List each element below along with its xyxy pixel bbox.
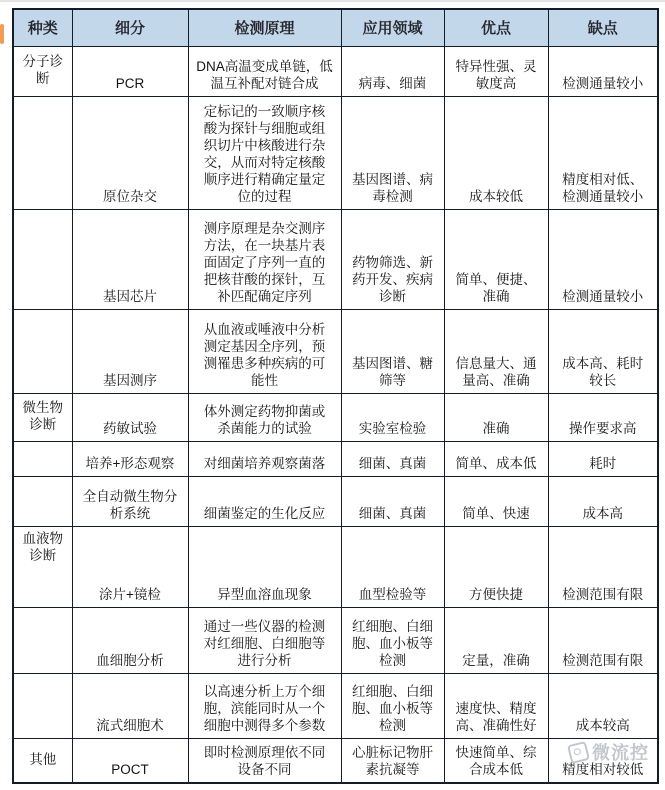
table-row: 血细胞分析 通过一些仪器的检测 对红细胞、白细胞等 进行分析 红细胞、白细 胞、…	[13, 607, 658, 673]
cell-application: 基因图谱、糖 筛等	[341, 309, 444, 393]
table-row: 其他 POCT 即时检测原理依不同 设备不同 心脏标记物肝 素抗凝等 快速简单、…	[13, 738, 658, 783]
table-row: 基因测序 从血液或唾液中分析 测定基因全序列，预 测罹患多种疾病的可 能性 基因…	[13, 309, 658, 393]
cell-principle: 细菌鉴定的生化反应	[188, 476, 341, 526]
cell-disadvantages: 检测范围有限	[548, 526, 658, 607]
cell-principle: 即时检测原理依不同 设备不同	[188, 738, 341, 783]
diagnostics-comparison-table: 种类 细分 检测原理 应用领域 优点 缺点 分子诊 断 PCR DNA高温变成单…	[12, 8, 659, 784]
cell-category: 分子诊 断	[13, 46, 72, 96]
cell-subdivision: 原位杂交	[72, 96, 188, 209]
header-disadvantages: 缺点	[548, 9, 658, 46]
cell-application: 心脏标记物肝 素抗凝等	[341, 738, 444, 783]
cell-category	[13, 309, 72, 393]
table-row: 全自动微生物分 析系统 细菌鉴定的生化反应 细菌、真菌 简单、快速 成本高	[13, 476, 658, 526]
cell-subdivision: 血细胞分析	[72, 607, 188, 673]
cell-principle: 定标记的一致顺序核 酸为探针与细胞或组 织切片中核酸进行杂 交，从而对特定核酸 …	[188, 96, 341, 209]
cell-subdivision: POCT	[72, 738, 188, 783]
cell-principle: 异型血溶血现象	[188, 526, 341, 607]
cell-advantages: 快速简单、综 合成本低	[444, 738, 548, 783]
cell-subdivision: 培养+形态观察	[72, 441, 188, 476]
header-application: 应用领域	[341, 9, 444, 46]
table-row: 基因芯片 测序原理是杂交测序 方法，在一块基片表 面固定了序列一直的 把核苷酸的…	[13, 209, 658, 309]
cell-disadvantages: 成本高、耗时 较长	[548, 309, 658, 393]
cell-application: 实验室检验	[341, 393, 444, 441]
cell-disadvantages: 操作要求高	[548, 393, 658, 441]
cell-category	[13, 441, 72, 476]
cell-application: 血型检验等	[341, 526, 444, 607]
cell-advantages: 信息量大、通 量高、准确	[444, 309, 548, 393]
top-border-line	[0, 0, 665, 2]
cell-disadvantages: 精度相对较低	[548, 738, 658, 783]
cell-application: 细菌、真菌	[341, 441, 444, 476]
cell-advantages: 成本较低	[444, 96, 548, 209]
cell-subdivision: 基因测序	[72, 309, 188, 393]
cell-disadvantages: 成本较高	[548, 673, 658, 738]
cell-advantages: 简单、快速	[444, 476, 548, 526]
cell-subdivision: 流式细胞术	[72, 673, 188, 738]
cell-application: 病毒、细菌	[341, 46, 444, 96]
cell-subdivision: 全自动微生物分 析系统	[72, 476, 188, 526]
cell-application: 细菌、真菌	[341, 476, 444, 526]
cell-category: 微生物 诊断	[13, 393, 72, 441]
cell-application: 药物筛选、新 药开发、疾病 诊断	[341, 209, 444, 309]
header-type: 种类	[13, 9, 72, 46]
header-principle: 检测原理	[188, 9, 341, 46]
cell-category	[13, 209, 72, 309]
cell-disadvantages: 精度相对低、 检测通量较小	[548, 96, 658, 209]
cell-disadvantages: 成本高	[548, 476, 658, 526]
cell-category: 血液物 诊断	[13, 526, 72, 607]
cell-disadvantages: 耗时	[548, 441, 658, 476]
header-advantages: 优点	[444, 9, 548, 46]
cell-advantages: 速度快、精度 高、准确性好	[444, 673, 548, 738]
cell-advantages: 方便快捷	[444, 526, 548, 607]
cell-category	[13, 96, 72, 209]
cell-category	[13, 607, 72, 673]
cell-principle: 对细菌培养观察菌落	[188, 441, 341, 476]
cell-advantages: 特异性强、灵 敏度高	[444, 46, 548, 96]
cell-application: 红细胞、白细 胞、血小板等 检测	[341, 607, 444, 673]
cell-advantages: 定量，准确	[444, 607, 548, 673]
cell-application: 基因图谱、病 毒检测	[341, 96, 444, 209]
table-row: 分子诊 断 PCR DNA高温变成单链，低 温互补配对链合成 病毒、细菌 特异性…	[13, 46, 658, 96]
table-header-row: 种类 细分 检测原理 应用领域 优点 缺点	[13, 9, 658, 46]
table-row: 流式细胞术 以高速分析上万个细 胞，滨能同时从一个 细胞中测得多个参数 红细胞、…	[13, 673, 658, 738]
cell-subdivision: 涂片+镜检	[72, 526, 188, 607]
cell-principle: DNA高温变成单链，低 温互补配对链合成	[188, 46, 341, 96]
table-row: 微生物 诊断 药敏试验 体外测定药物抑菌或 杀菌能力的试验 实验室检验 准确 操…	[13, 393, 658, 441]
cell-category	[13, 476, 72, 526]
table-row: 培养+形态观察 对细菌培养观察菌落 细菌、真菌 简单、成本低 耗时	[13, 441, 658, 476]
table-row: 血液物 诊断 涂片+镜检 异型血溶血现象 血型检验等 方便快捷 检测范围有限	[13, 526, 658, 607]
cell-advantages: 简单、成本低	[444, 441, 548, 476]
cell-principle: 从血液或唾液中分析 测定基因全序列，预 测罹患多种疾病的可 能性	[188, 309, 341, 393]
cell-category: 其他	[13, 738, 72, 783]
cell-disadvantages: 检测通量较小	[548, 209, 658, 309]
cell-disadvantages: 检测范围有限	[548, 607, 658, 673]
cell-advantages: 简单、便捷、 准确	[444, 209, 548, 309]
header-subdivision: 细分	[72, 9, 188, 46]
left-edge-watermark-fragment	[0, 24, 4, 44]
cell-subdivision: PCR	[72, 46, 188, 96]
cell-principle: 以高速分析上万个细 胞，滨能同时从一个 细胞中测得多个参数	[188, 673, 341, 738]
cell-disadvantages: 检测通量较小	[548, 46, 658, 96]
cell-subdivision: 基因芯片	[72, 209, 188, 309]
table-row: 原位杂交 定标记的一致顺序核 酸为探针与细胞或组 织切片中核酸进行杂 交，从而对…	[13, 96, 658, 209]
cell-principle: 体外测定药物抑菌或 杀菌能力的试验	[188, 393, 341, 441]
cell-category	[13, 673, 72, 738]
cell-principle: 通过一些仪器的检测 对红细胞、白细胞等 进行分析	[188, 607, 341, 673]
cell-principle: 测序原理是杂交测序 方法，在一块基片表 面固定了序列一直的 把核苷酸的探针，互 …	[188, 209, 341, 309]
cell-application: 红细胞、白细 胞、血小板等 检测	[341, 673, 444, 738]
cell-subdivision: 药敏试验	[72, 393, 188, 441]
cell-advantages: 准确	[444, 393, 548, 441]
